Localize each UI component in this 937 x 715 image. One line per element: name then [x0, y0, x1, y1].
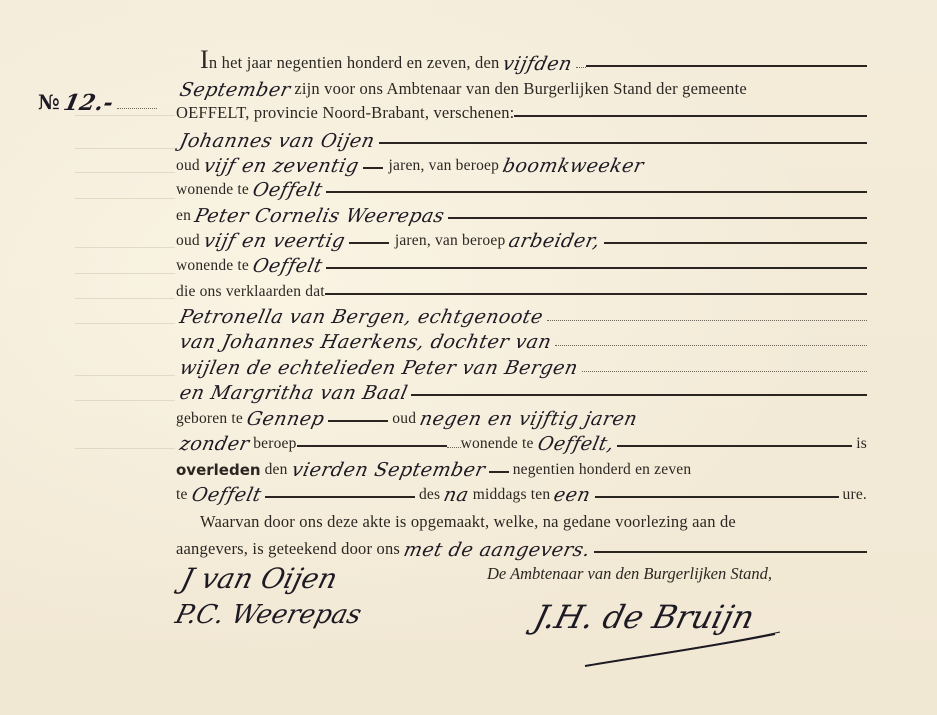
- margin-rule: [75, 247, 175, 248]
- line-11: Petronella van Bergen, echtgenoote: [176, 298, 867, 326]
- margin-rule: [75, 323, 175, 324]
- dotted-leader: [117, 107, 157, 109]
- handwritten-place-of-death: Oeffelt: [185, 484, 267, 506]
- signature-flourish: [535, 626, 795, 676]
- official-signature: J.H. de Bruijn: [535, 598, 754, 636]
- margin-rule: [75, 448, 175, 449]
- line-20: aangevers, is geteekend door ons met de …: [176, 531, 867, 559]
- number-sign: №: [38, 90, 60, 114]
- dotted-leader: [547, 319, 867, 321]
- fill-line: [595, 495, 839, 498]
- handwritten-na: na: [438, 484, 475, 506]
- line-8: oud vijf en veertig jaren, van beroep ar…: [176, 222, 867, 250]
- printed-text: aangevers, is geteekend door ons: [176, 539, 400, 559]
- dotted-leader: [582, 370, 867, 372]
- line-14: en Margritha van Baal: [176, 374, 867, 402]
- handwritten-signed-with: met de aangevers.: [398, 539, 597, 561]
- margin-rule: [75, 148, 175, 149]
- line-16: zonder beroep wonende te Oeffelt, is: [176, 425, 867, 453]
- dotted-leader: [555, 344, 867, 346]
- margin-rule: [75, 273, 175, 274]
- fill-line: [586, 64, 867, 67]
- printed-text: ure.: [843, 486, 867, 504]
- official-title: De Ambtenaar van den Burgerlijken Stand,: [487, 564, 772, 584]
- printed-text: middags ten: [473, 486, 551, 504]
- printed-text: In het jaar negentien honderd en zeven, …: [200, 47, 499, 73]
- line-13: wijlen de echtelieden Peter van Bergen: [176, 349, 867, 377]
- line-17: overleden den vierden September negentie…: [176, 451, 867, 479]
- fill-line: [326, 266, 867, 269]
- line-4: Johannes van Oijen: [176, 122, 867, 150]
- handwritten-hour: een: [548, 484, 597, 506]
- witness-signature-1: J van Oijen: [182, 562, 337, 595]
- fill-line: [448, 216, 867, 219]
- margin-rule: [75, 375, 175, 376]
- line-10: die ons verklaarden dat: [176, 273, 867, 301]
- fill-line: [363, 166, 383, 169]
- line-15: geboren te Gennep oud negen en vijftig j…: [176, 400, 867, 428]
- record-number-value: 12.-: [57, 90, 120, 116]
- line-3: OEFFELT, provincie Noord-Brabant, versch…: [176, 95, 867, 123]
- fill-line: [594, 550, 867, 553]
- margin-rule: [75, 298, 175, 299]
- line-6: wonende te Oeffelt: [176, 171, 867, 199]
- fill-line: [489, 470, 509, 473]
- fill-line: [325, 292, 867, 295]
- fill-line: [514, 114, 867, 117]
- margin-rule: [75, 198, 175, 199]
- dotted-leader: [447, 446, 461, 448]
- fill-line: [297, 444, 447, 447]
- line-1: In het jaar negentien honderd en zeven, …: [200, 45, 867, 73]
- fill-line: [411, 393, 867, 396]
- line-7: en Peter Cornelis Weerepas: [176, 197, 867, 225]
- line-9: wonende te Oeffelt: [176, 247, 867, 275]
- fill-line: [604, 241, 867, 244]
- printed-text: Waarvan door ons deze akte is opgemaakt,…: [200, 512, 736, 532]
- printed-text: OEFFELT, provincie Noord-Brabant, versch…: [176, 103, 514, 123]
- line-12: van Johannes Haerkens, dochter van: [176, 323, 867, 351]
- fill-line: [265, 495, 415, 498]
- margin-rule: [75, 172, 175, 173]
- margin-rule: [75, 400, 175, 401]
- fill-line: [349, 241, 389, 244]
- fill-line: [328, 419, 388, 422]
- line-18: te Oeffelt des na middags ten een ure.: [176, 476, 867, 504]
- fill-line: [326, 190, 867, 193]
- fill-line: [617, 444, 852, 447]
- line-19: Waarvan door ons deze akte is opgemaakt,…: [200, 504, 867, 532]
- dotted-leader: [576, 66, 586, 68]
- printed-text: des: [419, 486, 440, 504]
- record-number: № 12.-: [38, 88, 157, 114]
- fill-line: [379, 141, 868, 144]
- witness-signature-2: P.C. Weerepas: [176, 600, 361, 630]
